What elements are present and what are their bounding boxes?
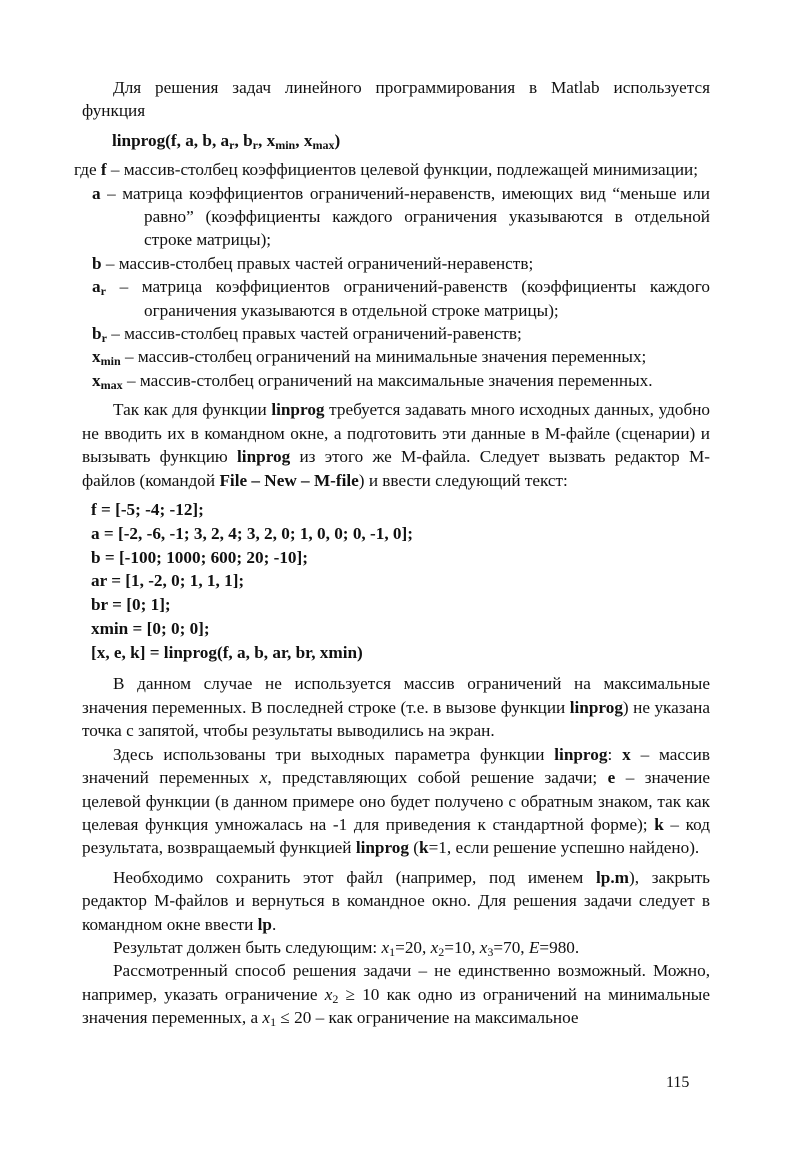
intro-paragraph: Для решения задач линейного программиров…: [82, 76, 710, 123]
document-page: Для решения задач линейного программиров…: [82, 76, 710, 1030]
mfile-paragraph: Так как для функции linprog требуется за…: [82, 398, 710, 492]
definition-xmin: xmin – массив-столбец ограничений на мин…: [82, 345, 710, 368]
definition-a: a – матрица коэффициентов ограничений-не…: [82, 182, 710, 252]
code-line: br = [0; 1];: [91, 593, 710, 617]
no-max-paragraph: В данном случае не используется массив о…: [82, 672, 710, 742]
code-line: a = [-2, -6, -1; 3, 2, 4; 3, 2, 0; 1, 0,…: [91, 522, 710, 546]
code-line: [x, e, k] = linprog(f, a, b, ar, br, xmi…: [91, 641, 710, 665]
outputs-paragraph: Здесь использованы три выходных параметр…: [82, 743, 710, 860]
parameter-definitions: где f – массив-столбец коэффициентов цел…: [82, 158, 710, 392]
result-paragraph: Результат должен быть следующим: x1=20, …: [82, 936, 710, 959]
code-line: b = [-100; 1000; 600; 20; -10];: [91, 546, 710, 570]
code-line: ar = [1, -2, 0; 1, 1, 1];: [91, 569, 710, 593]
code-line: xmin = [0; 0; 0];: [91, 617, 710, 641]
definition-b: b – массив-столбец правых частей огранич…: [82, 252, 710, 275]
page-number: 115: [666, 1074, 689, 1092]
save-paragraph: Необходимо сохранить этот файл (например…: [82, 866, 710, 936]
code-line: f = [-5; -4; -12];: [91, 498, 710, 522]
definition-xmax: xmax – массив-столбец ограничений на мак…: [82, 369, 710, 392]
definition-ar: ar – матрица коэффициентов ограничений-р…: [82, 275, 710, 322]
definition-f: где f – массив-столбец коэффициентов цел…: [74, 158, 710, 181]
definition-br: br – массив-столбец правых частей ограни…: [82, 322, 710, 345]
alternative-paragraph: Рассмотренный способ решения задачи – не…: [82, 959, 710, 1029]
linprog-signature: linprog(f, a, b, ar, br, xmin, xmax): [112, 129, 710, 152]
code-listing: f = [-5; -4; -12]; a = [-2, -6, -1; 3, 2…: [91, 498, 710, 665]
